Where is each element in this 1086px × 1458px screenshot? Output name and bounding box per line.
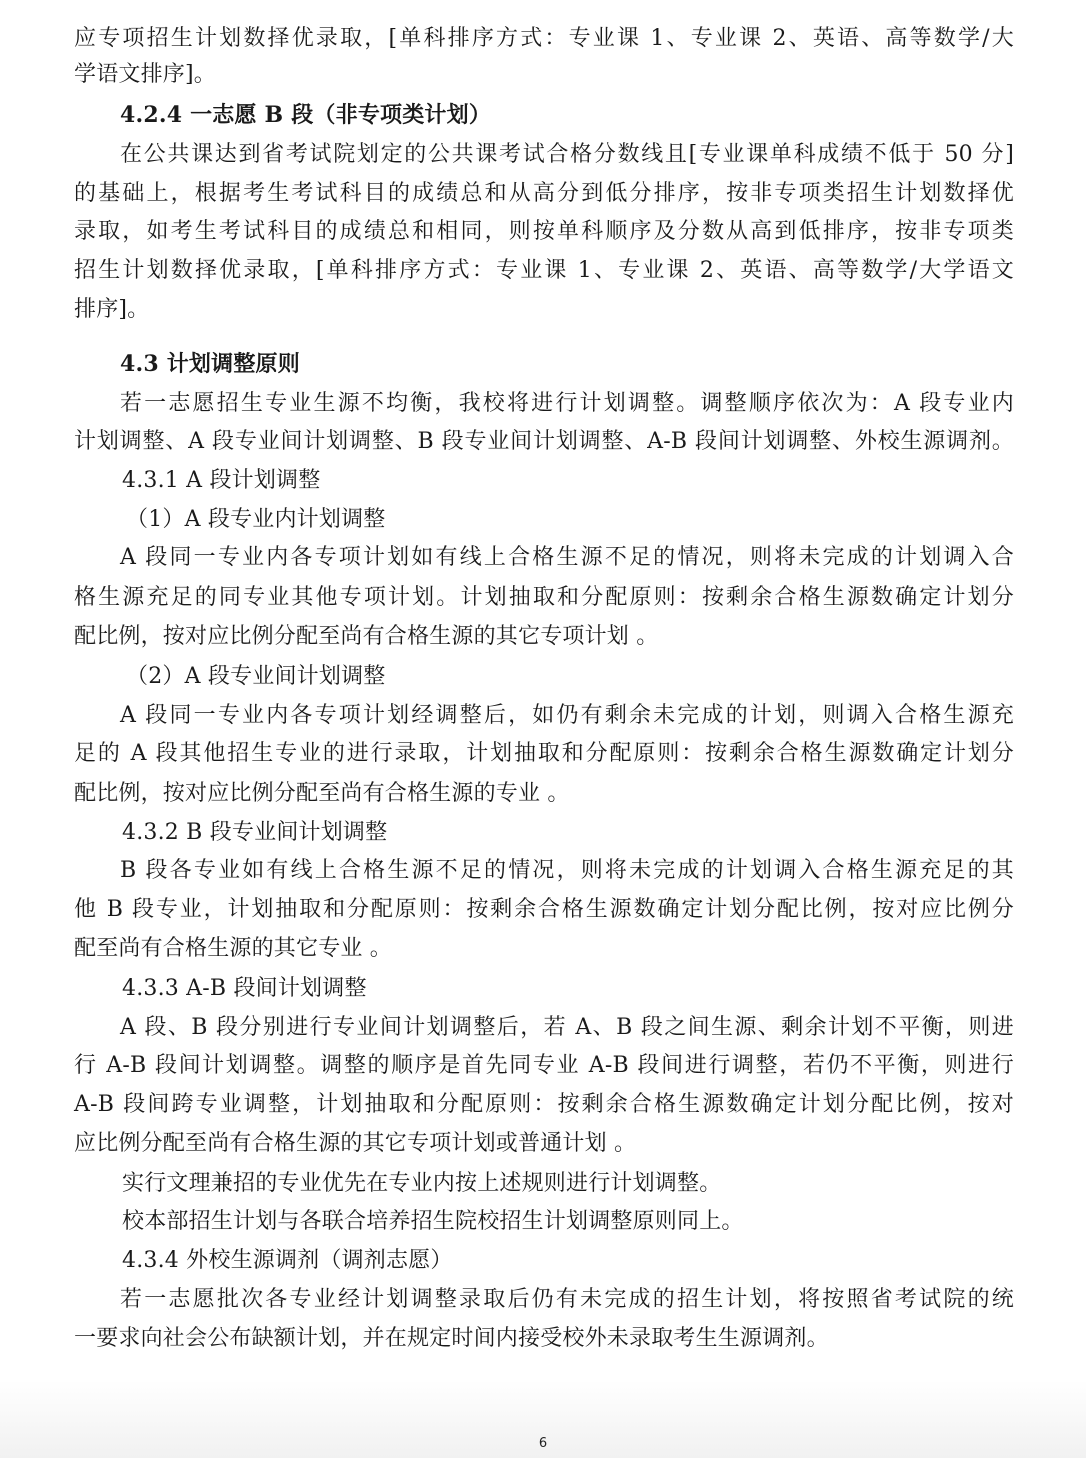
body-text-line: 配比例，按对应比例分配至尚有合格生源的其它专项计划 。 bbox=[74, 622, 1014, 652]
body-text-line: A-B 段间跨专业调整，计划抽取和分配原则：按剩余合格生源数确定计划分配比例，按… bbox=[74, 1090, 1014, 1120]
subsection-heading-4-3-2: 4.3.2 B 段专业间计划调整 bbox=[122, 818, 1062, 848]
subsection-heading-4-3-4: 4.3.4 外校生源调剂（调剂志愿） bbox=[122, 1246, 1062, 1276]
subsection-heading-4-3-3: 4.3.3 A-B 段间计划调整 bbox=[122, 974, 1062, 1004]
body-text-line: 足的 A 段其他招生专业的进行录取，计划抽取和分配原则：按剩余合格生源数确定计划… bbox=[74, 739, 1014, 769]
item-heading-1: （1）A 段专业内计划调整 bbox=[126, 505, 1066, 535]
paragraph-start: B 段各专业如有线上合格生源不足的情况，则将未完成的计划调入合格生源充足的其 bbox=[120, 856, 1014, 886]
body-text-line: 配比例，按对应比例分配至尚有合格生源的专业 。 bbox=[74, 779, 1014, 809]
paragraph-start: 在公共课达到省考试院划定的公共课考试合格分数线且[专业课单科成绩不低于 50 分… bbox=[120, 140, 1014, 170]
body-text-line: 计划调整、A 段专业间计划调整、B 段专业间计划调整、A-B 段间计划调整、外校… bbox=[74, 427, 1014, 457]
body-text-line: 的基础上，根据考生考试科目的成绩总和从高分到低分排序，按非专项类招生计划数择优 bbox=[74, 179, 1014, 209]
body-text-line: 应比例分配至尚有合格生源的其它专项计划或普通计划 。 bbox=[74, 1129, 1014, 1159]
paragraph-start: A 段同一专业内各专项计划经调整后，如仍有剩余未完成的计划，则调入合格生源充 bbox=[120, 701, 1014, 731]
body-text-line: 格生源充足的同专业其他专项计划。计划抽取和分配原则：按剩余合格生源数确定计划分 bbox=[74, 583, 1014, 613]
body-text-line: 他 B 段专业，计划抽取和分配原则：按剩余合格生源数确定计划分配比例，按对应比例… bbox=[74, 895, 1014, 925]
section-heading-4-2-4: 4.2.4 一志愿 B 段（非专项类计划） bbox=[120, 100, 1014, 130]
subsection-heading-4-3-1: 4.3.1 A 段计划调整 bbox=[122, 466, 1062, 496]
paragraph-start: 若一志愿批次各专业经计划调整录取后仍有未完成的招生计划，将按照省考试院的统 bbox=[120, 1285, 1014, 1315]
paragraph-start: 若一志愿招生专业生源不均衡，我校将进行计划调整。调整顺序依次为：A 段专业内 bbox=[120, 389, 1014, 419]
paragraph-start: A 段同一专业内各专项计划如有线上合格生源不足的情况，则将未完成的计划调入合 bbox=[120, 543, 1014, 573]
body-text-line: 应专项招生计划数择优录取，[单科排序方式：专业课 1、专业课 2、英语、高等数学… bbox=[74, 24, 1014, 54]
section-heading-4-3: 4.3 计划调整原则 bbox=[120, 349, 1014, 379]
body-text-line: 学语文排序]。 bbox=[74, 60, 1014, 90]
body-text-line: 排序]。 bbox=[74, 295, 1014, 325]
body-text-line: 一要求向社会公布缺额计划，并在规定时间内接受校外未录取考生生源调剂。 bbox=[74, 1324, 1014, 1354]
body-text-line: 行 A-B 段间计划调整。调整的顺序是首先同专业 A-B 段间进行调整，若仍不平… bbox=[74, 1051, 1014, 1081]
body-text-line: 招生计划数择优录取，[单科排序方式：专业课 1、专业课 2、英语、高等数学/大学… bbox=[74, 256, 1014, 286]
document-page: 应专项招生计划数择优录取，[单科排序方式：专业课 1、专业课 2、英语、高等数学… bbox=[0, 0, 1086, 1458]
paragraph-single: 实行文理兼招的专业优先在专业内按上述规则进行计划调整。 bbox=[122, 1169, 1062, 1199]
body-text-line: 录取，如考生考试科目的成绩总和相同，则按单科顺序及分数从高到低排序，按非专项类 bbox=[74, 217, 1014, 247]
paragraph-start: A 段、B 段分别进行专业间计划调整后，若 A、B 段之间生源、剩余计划不平衡，… bbox=[120, 1013, 1014, 1043]
body-text-line: 配至尚有合格生源的其它专业 。 bbox=[74, 934, 1014, 964]
paragraph-single: 校本部招生计划与各联合培养招生院校招生计划调整原则同上。 bbox=[122, 1207, 1062, 1237]
item-heading-2: （2）A 段专业间计划调整 bbox=[126, 662, 1066, 692]
page-number: 6 bbox=[0, 1436, 1086, 1451]
